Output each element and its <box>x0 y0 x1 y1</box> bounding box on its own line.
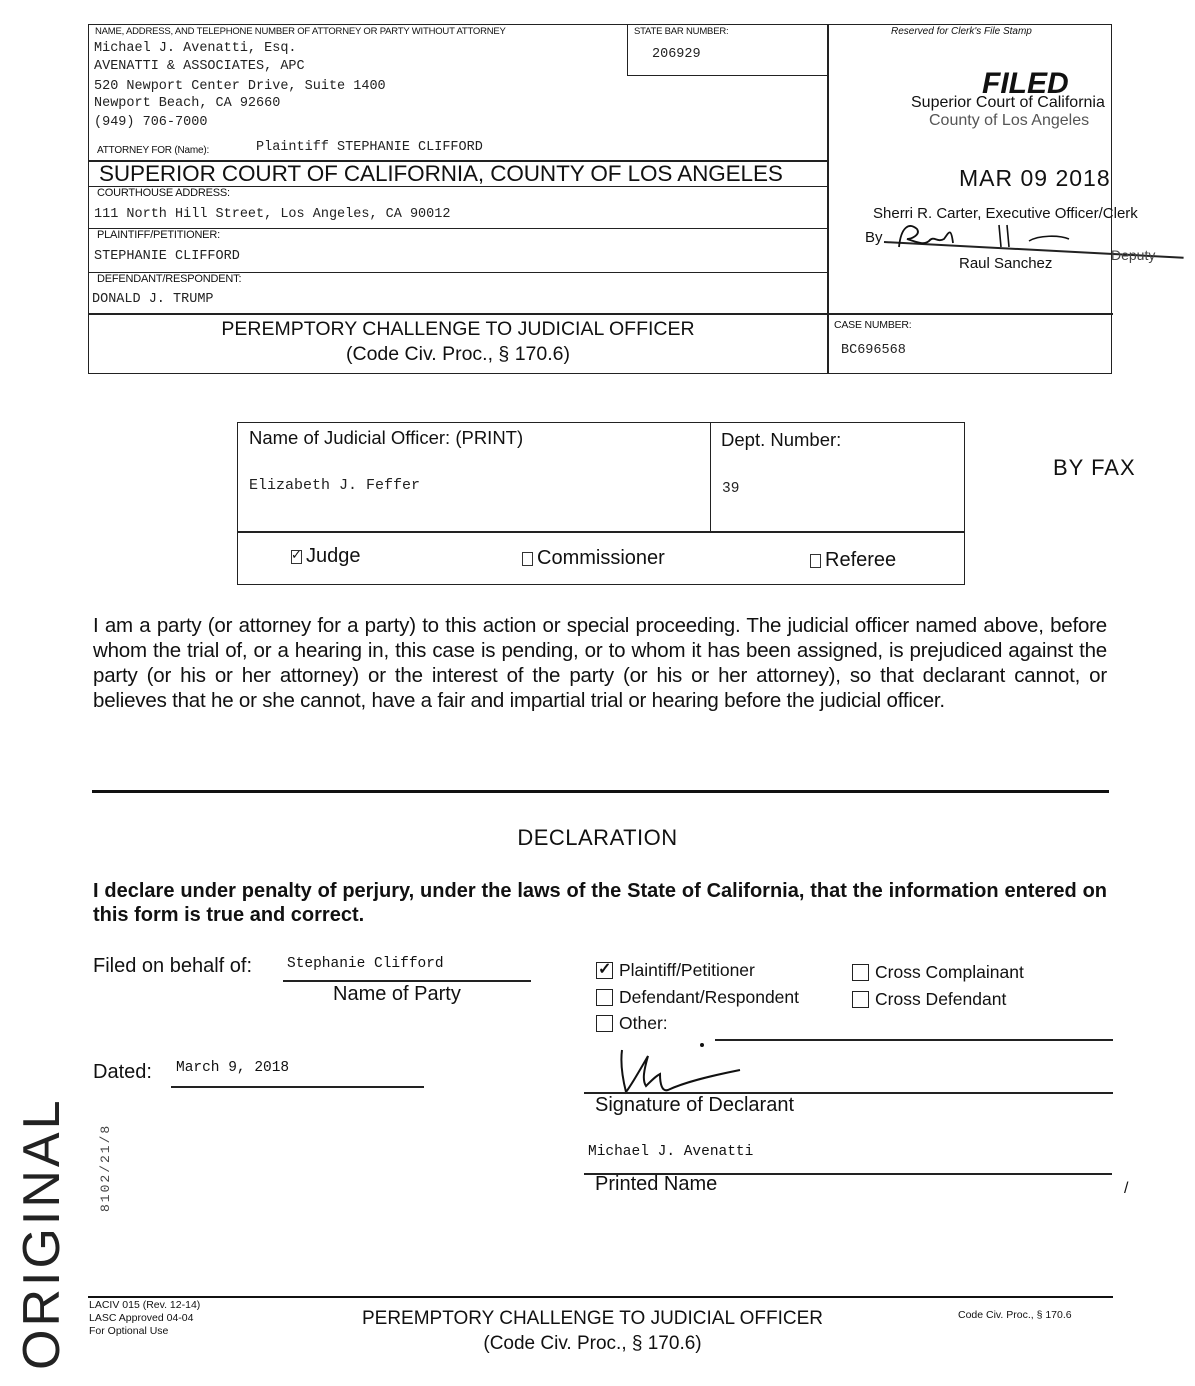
judicial-officer-name[interactable]: Elizabeth J. Feffer <box>249 477 420 494</box>
case-number-label: CASE NUMBER: <box>834 319 912 331</box>
filed-on-behalf-value[interactable]: Stephanie Clifford <box>287 956 444 972</box>
footer-title-line2: (Code Civ. Proc., § 170.6) <box>0 1331 1185 1356</box>
by-fax-note: BY FAX <box>1053 455 1136 481</box>
role-plaintiff-petitioner[interactable]: Plaintiff/Petitioner <box>596 960 755 981</box>
checkbox-checked-icon[interactable] <box>291 550 302 564</box>
section-rule <box>92 790 1109 793</box>
caption-block: NAME, ADDRESS, AND TELEPHONE NUMBER OF A… <box>88 24 1112 374</box>
role-cross-complainant[interactable]: Cross Complainant <box>852 962 1024 983</box>
dated-line <box>171 1086 424 1088</box>
state-bar-number: 206929 <box>652 47 701 62</box>
role-label: Other: <box>619 1013 668 1034</box>
role-other[interactable]: Other: <box>596 1013 668 1034</box>
checkbox-empty-icon[interactable] <box>852 964 869 981</box>
judicial-officer-name-label: Name of Judicial Officer: (PRINT) <box>249 427 523 449</box>
declaration-heading: DECLARATION <box>0 825 1195 851</box>
court-name: SUPERIOR COURT OF CALIFORNIA, COUNTY OF … <box>99 161 783 187</box>
filed-on-behalf-label: Filed on behalf of: <box>93 955 252 978</box>
option-label: Referee <box>825 549 896 572</box>
name-of-party-line <box>283 980 531 982</box>
footer-code-ref: Code Civ. Proc., § 170.6 <box>958 1309 1072 1321</box>
stamp-deputy-name: Raul Sanchez <box>959 255 1052 272</box>
judicial-officer-box: Name of Judicial Officer: (PRINT) Elizab… <box>237 422 965 585</box>
stamp-court-line2: County of Los Angeles <box>929 112 1089 130</box>
role-defendant-respondent[interactable]: Defendant/Respondent <box>596 987 799 1008</box>
role-label: Plaintiff/Petitioner <box>619 960 755 981</box>
clerk-reserved-label: Reserved for Clerk's File Stamp <box>891 26 1032 37</box>
checkbox-empty-icon[interactable] <box>596 989 613 1006</box>
declarant-signature <box>590 1040 760 1100</box>
divider <box>627 25 628 76</box>
checkbox-empty-icon[interactable] <box>522 552 533 566</box>
attorney-line: AVENATTI & ASSOCIATES, APC <box>94 59 305 74</box>
handwritten-date: 8102/21/8 <box>98 1124 113 1212</box>
divider <box>827 25 829 373</box>
dated-label: Dated: <box>93 1061 152 1084</box>
role-label: Cross Defendant <box>875 989 1006 1010</box>
stamp-date: MAR 09 2018 <box>959 165 1111 192</box>
attorney-line: 520 Newport Center Drive, Suite 1400 <box>94 79 386 94</box>
document-subtitle: (Code Civ. Proc., § 170.6) <box>89 343 827 366</box>
attorney-line: (949) 706-7000 <box>94 115 207 130</box>
case-number: BC696568 <box>841 343 906 358</box>
dept-number-label: Dept. Number: <box>721 429 841 451</box>
option-label: Judge <box>306 545 361 568</box>
footer-rule <box>88 1296 1113 1298</box>
attorney-for-value: Plaintiff STEPHANIE CLIFFORD <box>256 140 483 155</box>
option-referee[interactable]: Referee <box>810 549 896 572</box>
checkbox-empty-icon[interactable] <box>810 554 821 568</box>
courthouse-address: 111 North Hill Street, Los Angeles, CA 9… <box>94 207 450 222</box>
stamp-court-line1: Superior Court of California <box>911 94 1105 112</box>
role-label: Defendant/Respondent <box>619 987 799 1008</box>
defendant-label: DEFENDANT/RESPONDENT: <box>97 273 241 285</box>
divider <box>238 531 964 533</box>
checkbox-empty-icon[interactable] <box>596 1015 613 1032</box>
dated-value[interactable]: March 9, 2018 <box>176 1060 289 1076</box>
state-bar-label: STATE BAR NUMBER: <box>634 26 728 37</box>
stray-mark: / <box>1124 1180 1128 1198</box>
defendant-value: DONALD J. TRUMP <box>92 292 214 307</box>
clerk-signature <box>889 217 1089 252</box>
printed-name-value[interactable]: Michael J. Avenatti <box>588 1144 753 1160</box>
checkbox-checked-icon[interactable] <box>596 962 613 979</box>
attorney-label: NAME, ADDRESS, AND TELEPHONE NUMBER OF A… <box>95 26 506 37</box>
checkbox-empty-icon[interactable] <box>852 991 869 1008</box>
name-of-party-label: Name of Party <box>333 983 461 1006</box>
attorney-for-label: ATTORNEY FOR (Name): <box>97 145 209 156</box>
signature-label: Signature of Declarant <box>595 1094 794 1117</box>
divider <box>627 75 827 76</box>
attorney-line: Michael J. Avenatti, Esq. <box>94 41 297 56</box>
attorney-line: Newport Beach, CA 92660 <box>94 96 280 111</box>
option-judge[interactable]: Judge <box>291 545 361 568</box>
plaintiff-label: PLAINTIFF/PETITIONER: <box>97 229 220 241</box>
option-commissioner[interactable]: Commissioner <box>522 547 665 570</box>
stamp-by-label: By <box>865 229 883 246</box>
divider <box>710 423 711 533</box>
other-role-line[interactable] <box>715 1039 1113 1041</box>
courthouse-label: COURTHOUSE ADDRESS: <box>97 187 230 199</box>
divider <box>89 313 1113 315</box>
declaration-text: I declare under penalty of perjury, unde… <box>93 879 1107 927</box>
role-cross-defendant[interactable]: Cross Defendant <box>852 989 1006 1010</box>
option-label: Commissioner <box>537 547 665 570</box>
role-label: Cross Complainant <box>875 962 1024 983</box>
printed-name-label: Printed Name <box>595 1173 717 1196</box>
prejudice-statement: I am a party (or attorney for a party) t… <box>93 613 1107 713</box>
dept-number[interactable]: 39 <box>722 481 739 497</box>
stamp-deputy-label: Deputy <box>1111 247 1155 263</box>
plaintiff-value: STEPHANIE CLIFFORD <box>94 249 240 264</box>
document-title: PEREMPTORY CHALLENGE TO JUDICIAL OFFICER <box>89 318 827 341</box>
